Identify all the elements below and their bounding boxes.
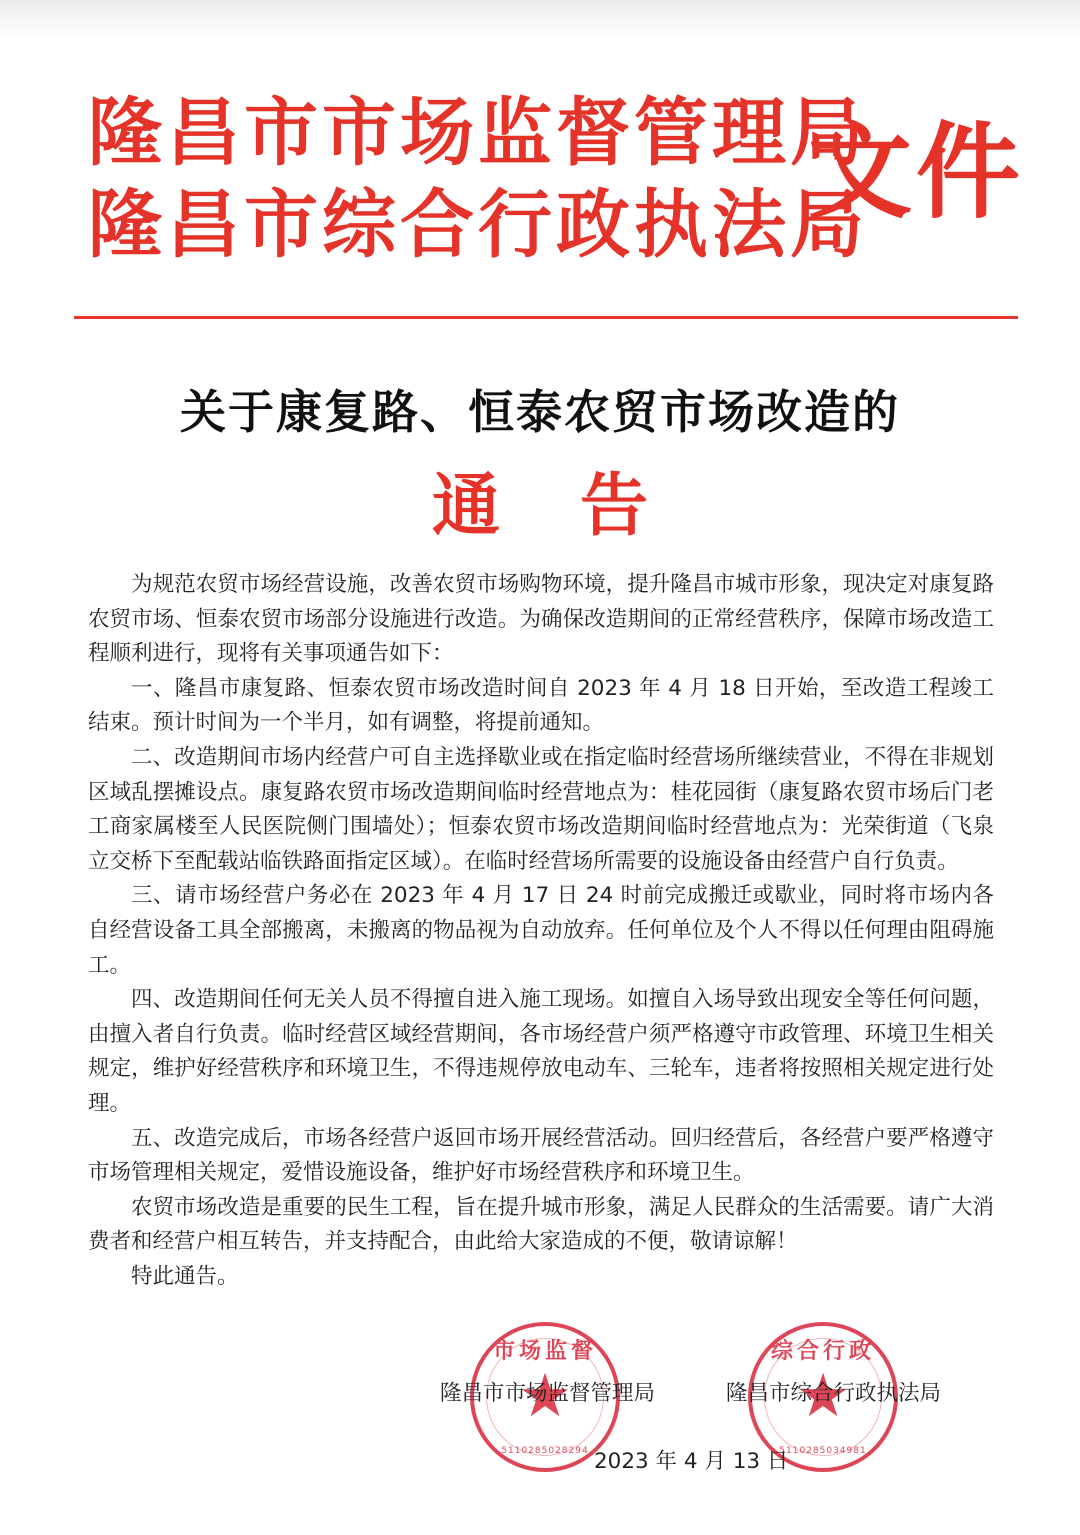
issuer-1: 隆昌市市场监督管理局 [88, 88, 788, 180]
document-title: 关于康复路、恒泰农贸市场改造的 [0, 376, 1080, 442]
document-body: 为规范农贸市场经营设施，改善农贸市场购物环境，提升隆昌市城市形象，现决定对康复路… [88, 568, 994, 1294]
paragraph-item-4: 四、改造期间任何无关人员不得擅自进入施工现场。如擅自入场导致出现安全等任何问题，… [88, 983, 994, 1121]
paragraph-intro: 为规范农贸市场经营设施，改善农贸市场购物环境，提升隆昌市城市形象，现决定对康复路… [88, 568, 994, 672]
issuer-2: 隆昌市综合行政执法局 [88, 180, 788, 272]
paragraph-item-5: 五、改造完成后，市场各经营户返回市场开展经营活动。回归经营后，各经营户要严格遵守… [88, 1122, 994, 1191]
paragraph-item-2: 二、改造期间市场内经营户可自主选择歇业或在指定临时经营场所继续营业，不得在非规划… [88, 741, 994, 879]
paragraph-closing: 农贸市场改造是重要的民生工程，旨在提升城市形象，满足人民群众的生活需要。请广大消… [88, 1191, 994, 1260]
document-subtitle: 通告 [0, 452, 1080, 549]
paragraph-item-1: 一、隆昌市康复路、恒泰农贸市场改造时间自 2023 年 4 月 18 日开始，至… [88, 672, 994, 741]
top-shadow [0, 0, 1080, 40]
paragraph-notice-end: 特此通告。 [88, 1260, 994, 1295]
issue-date: 2023 年 4 月 13 日 [594, 1444, 788, 1475]
signer-market-supervision: 隆昌市市场监督管理局 [440, 1376, 655, 1407]
document-type-label: 文件 [808, 112, 1024, 232]
signer-law-enforcement: 隆昌市综合行政执法局 [726, 1376, 941, 1407]
paragraph-item-3: 三、请市场经营户务必在 2023 年 4 月 17 日 24 时前完成搬迁或歇业… [88, 879, 994, 983]
header-divider [74, 316, 1018, 319]
issuing-organizations: 隆昌市市场监督管理局 隆昌市综合行政执法局 [88, 88, 788, 272]
